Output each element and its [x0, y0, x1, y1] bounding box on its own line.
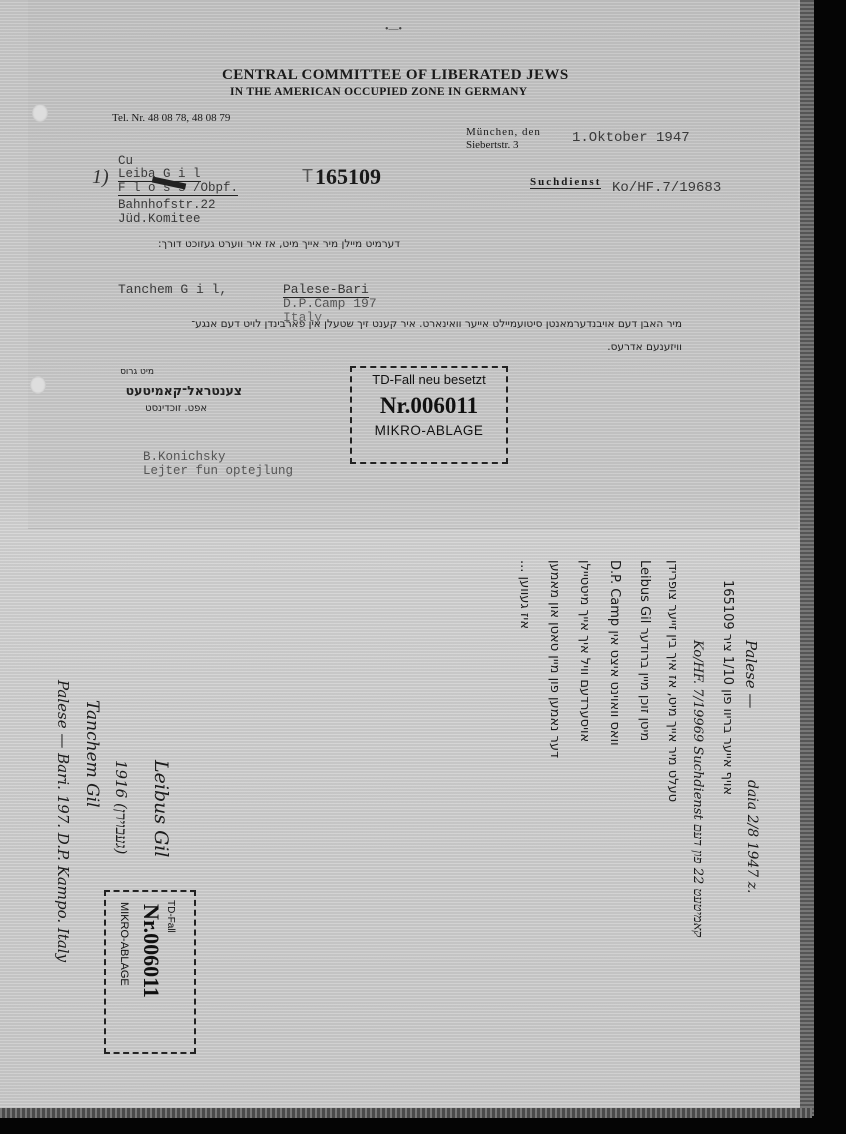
handwritten-reference: Ko/HF. 7/19969 Suchdienst קאמיטעט 22 פון…	[690, 640, 706, 937]
case-prefix: T	[302, 166, 313, 187]
recipient-line1: Cu	[118, 154, 133, 168]
letterhead-title: CENTRAL COMMITTEE OF LIBERATED JEWS	[222, 67, 569, 84]
street-label: Siebertstr. 3	[466, 139, 519, 151]
punch-hole	[30, 376, 46, 394]
handwritten-birthyear: 1916 (געבוירן)	[111, 760, 130, 854]
handwritten-address: Palese — Bari. 197. D.P. Kampo. Italy	[54, 680, 72, 962]
signer-name: B.Konichsky	[143, 450, 226, 464]
yiddish-intro: דערמיט מיילן מיר אייך מיט, אז איר ווערט …	[158, 238, 400, 250]
phone-numbers: Tel. Nr. 48 08 78, 48 08 79	[112, 112, 230, 124]
handwritten-line: טעלט מיר אייך מיט, אז איך בין זייער צופר…	[665, 560, 680, 802]
handwritten-line: דער נאמען פון מיין טאטן און מאמען	[547, 560, 562, 758]
stamp-line3: MIKRO-ABLAGE	[352, 423, 506, 438]
handwritten-date: daia 2/8 1947 z.	[744, 780, 760, 893]
signature-greeting: מיט גרוס	[120, 367, 154, 377]
punch-hole	[32, 104, 48, 122]
case-number: 165109	[315, 164, 381, 190]
handwritten-place: Palese —	[742, 640, 760, 708]
service-label: Suchdienst	[530, 176, 601, 189]
searcher-name: Tanchem G i l,	[118, 282, 227, 297]
signer-title: Lejter fun optejlung	[143, 464, 293, 478]
sheet-edge	[800, 0, 814, 1116]
microfilm-stamp-bottom: TD-Fall Nr.006011 MIKRO-ABLAGE	[104, 890, 196, 1054]
handwritten-name: Leibus Gil	[150, 760, 172, 857]
signature-org: צענטראל־קאמיטעט	[126, 383, 242, 398]
handwritten-signature: Tanchem Gil	[82, 700, 102, 808]
recipient-street: Bahnhofstr.22	[118, 198, 216, 212]
stamp-bottom-number: Nr.006011	[138, 904, 164, 998]
stamp-line1: TD-Fall neu besetzt	[352, 372, 506, 387]
stamp-bottom-label: MIKRO-ABLAGE	[118, 902, 130, 986]
stamp-bottom-line3: TD-Fall	[165, 900, 176, 933]
handwritten-line: וואס וואוינט איצט אין D.P. Camp	[607, 560, 622, 746]
place-label: München, den	[466, 126, 541, 138]
document-sheet: •—• CENTRAL COMMITTEE OF LIBERATED JEWS …	[0, 0, 812, 1116]
microfilm-stamp: TD-Fall neu besetzt Nr.006011 MIKRO-ABLA…	[350, 366, 508, 464]
margin-mark: 1)	[92, 166, 109, 189]
handwritten-line: אויסערדעם וויל איך אייך מיטטיילן	[577, 560, 592, 742]
searcher-address-line2: D.P.Camp 197	[283, 296, 377, 311]
yiddish-body-line1: מיר האבן דעם אויבנדערמאנטן סיטועמיילט אי…	[191, 318, 682, 330]
letter-date: 1.Oktober 1947	[572, 130, 690, 146]
top-mark: •—•	[385, 24, 402, 35]
letterhead-subtitle: IN THE AMERICAN OCCUPIED ZONE IN GERMANY	[230, 86, 527, 98]
reference-number: Ko/HF.7/19683	[612, 180, 721, 196]
signature-dept: אפט. זוכדינסט	[145, 403, 207, 414]
recipient-org: Jüd.Komitee	[118, 212, 201, 226]
sheet-bottom-edge	[0, 1108, 812, 1118]
handwritten-line: איז געווען ...	[517, 560, 532, 629]
yiddish-body-line2: וויזענעם אדרעס.	[607, 341, 682, 353]
stamp-number: Nr.006011	[352, 393, 506, 419]
handwritten-line: מיטן זוכן מיין ברודער Leibus Gil	[637, 560, 652, 741]
handwritten-line: אויף אייער בריוו פון 1/10 ציר 165109	[720, 580, 735, 795]
